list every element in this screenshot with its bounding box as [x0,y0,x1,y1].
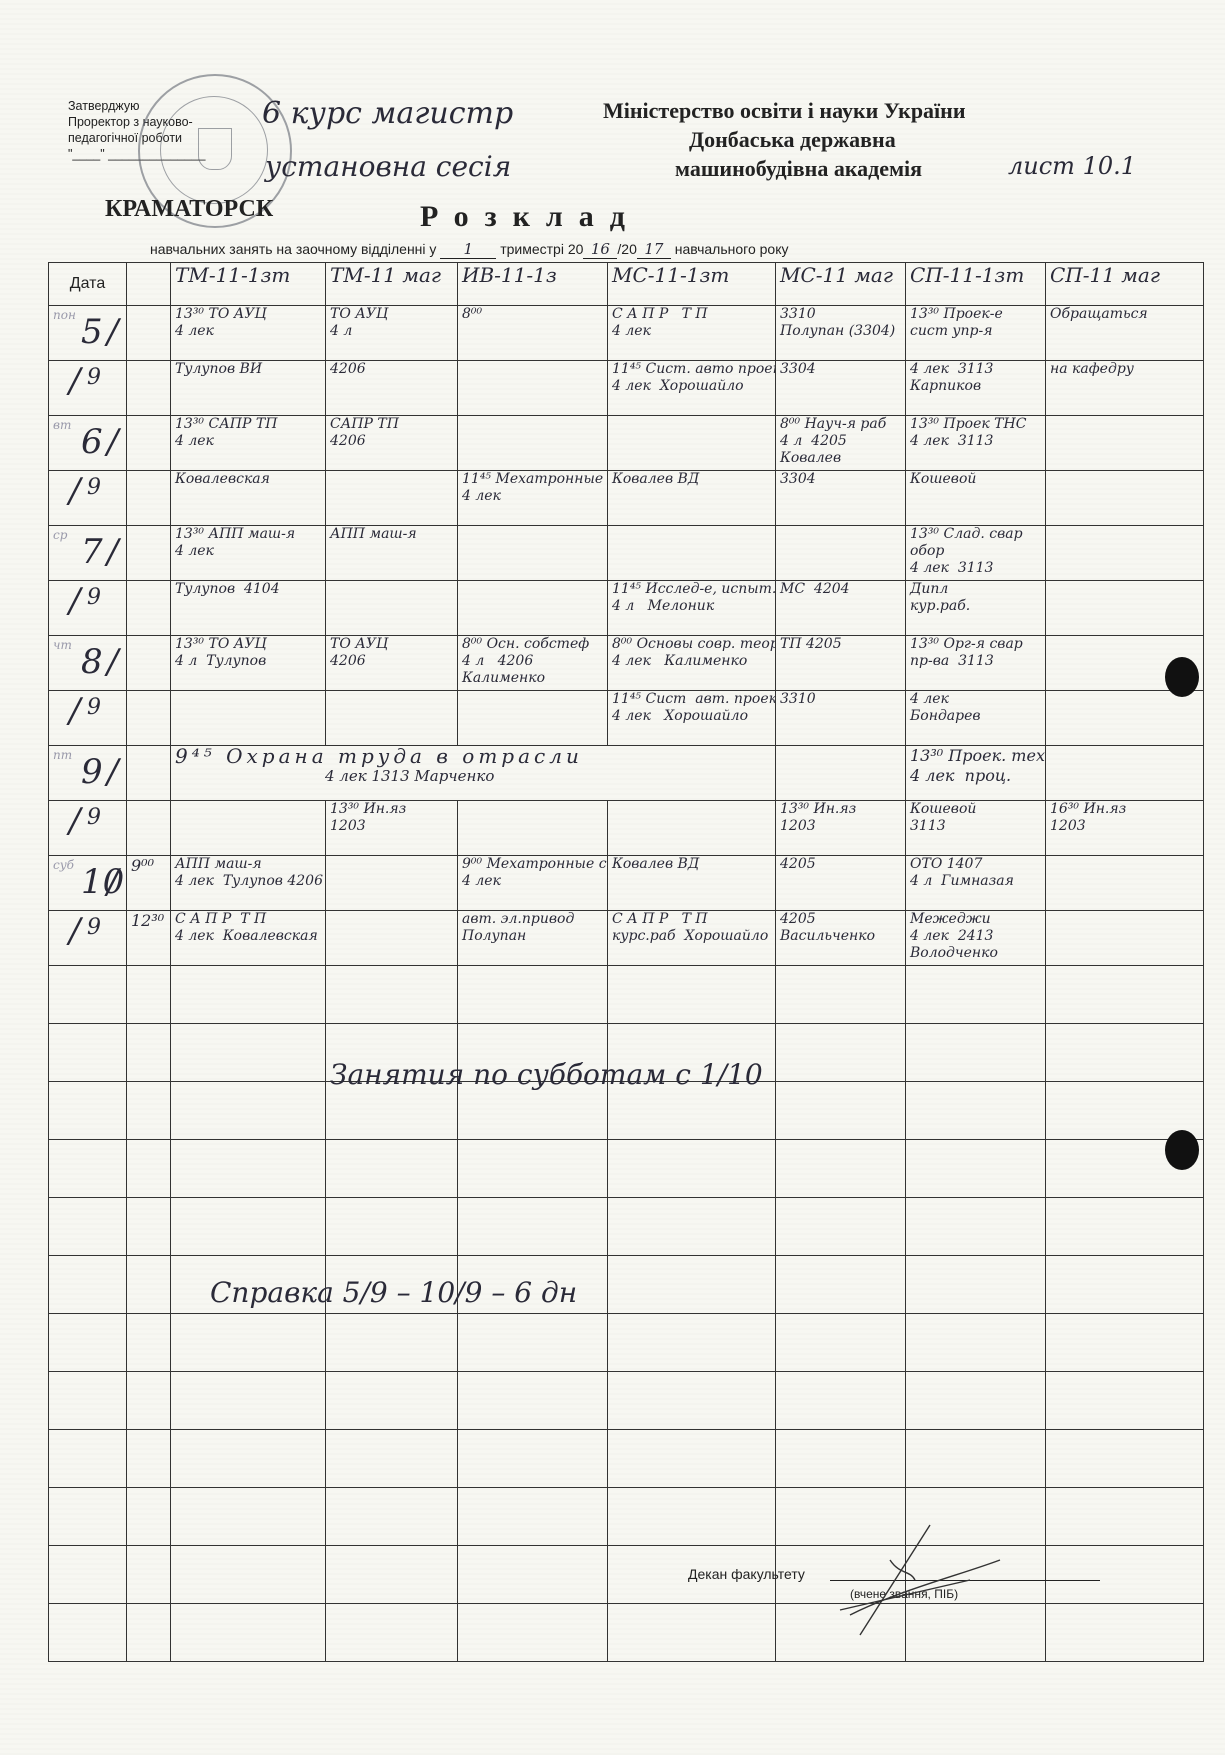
trimester-value: 1 [440,240,496,259]
date-cell: пон5/ [49,306,127,361]
empty-row [49,1372,1204,1430]
session-note: установна сесія [265,150,511,183]
table-row: пон5/13³⁰ ТО АУЦ 4 лекТО АУЦ 4 л8⁰⁰С А П… [49,306,1204,361]
class-cell: 13³⁰ САПР ТП 4 лек [171,416,326,471]
empty-cell [171,1198,326,1256]
class-cell: С А П Р Т П 4 лек Ковалевская 4206. [171,911,326,966]
date-slash: / [69,911,80,951]
time-cell [127,691,171,746]
group-header: МС-11-1зт [608,263,776,306]
class-cell: 3310 Полупан (3304) [776,306,906,361]
group-header: СП-11-1зт [906,263,1046,306]
class-cell: ТО АУЦ 4 л [326,306,458,361]
date-cell: /9 [49,801,127,856]
class-cell [326,581,458,636]
class-cell: 4206 [326,361,458,416]
empty-cell [49,1256,127,1314]
class-cell: авт. эл.привод Полупан [458,911,608,966]
empty-cell [171,1488,326,1546]
certificate-note: Справка 5/9 – 10/9 – 6 дн [210,1276,577,1309]
empty-cell [326,1604,458,1662]
time-cell [127,746,171,801]
class-cell: Тулупов ВИ [171,361,326,416]
academy-name-line1: Донбаська державна [689,127,896,153]
year-to: 17 [637,240,671,259]
saturday-note: Занятия по субботам с 1/10 [330,1058,763,1091]
class-cell [1046,856,1204,911]
empty-cell [776,1140,906,1198]
class-cell: ОТО 1407 4 л Гимназая [906,856,1046,911]
empty-cell [127,1256,171,1314]
empty-cell [127,1314,171,1372]
empty-cell [1046,1430,1204,1488]
year-sep: /20 [617,241,636,257]
empty-cell [49,966,127,1024]
class-cell: Дипл кур.раб. [906,581,1046,636]
class-cell [458,526,608,581]
empty-cell [49,1140,127,1198]
time-cell: 12³⁰ [127,911,171,966]
date-day: 7 [81,532,103,572]
class-cell [608,416,776,471]
class-cell: ТО АУЦ 4206 [326,636,458,691]
class-cell [1046,911,1204,966]
empty-cell [776,966,906,1024]
empty-cell [171,1314,326,1372]
class-cell [326,691,458,746]
date-slash: / [107,642,118,682]
time-cell [127,581,171,636]
date-slash: / [69,691,80,731]
empty-cell [49,1546,127,1604]
page-title: Розклад [420,200,641,234]
empty-cell [906,1082,1046,1140]
empty-cell [608,1372,776,1430]
class-cell: 13³⁰ Проек-е сист упр-я [906,306,1046,361]
signature-icon [820,1520,1020,1640]
empty-cell [49,1488,127,1546]
empty-cell [608,1430,776,1488]
header-row: Дата ТМ-11-1зт ТМ-11 маг ИВ-11-1з МС-11-… [49,263,1204,306]
empty-cell [608,1604,776,1662]
class-cell: 4205 Васильченко [776,911,906,966]
date-slash: / [107,422,118,462]
empty-cell [1046,1488,1204,1546]
empty-cell [49,1198,127,1256]
date-day: 8 [81,642,103,682]
empty-cell [608,1314,776,1372]
schedule-table: Дата ТМ-11-1зт ТМ-11 маг ИВ-11-1з МС-11-… [48,262,1204,1662]
date-cell: чт8/ [49,636,127,691]
class-cell: Кошевой [906,471,1046,526]
class-cell [776,746,906,801]
empty-cell [49,1024,127,1082]
table-row: пт9/9⁴⁵ Охрана труда в отрасли4 лек 1313… [49,746,1204,801]
empty-cell [776,1198,906,1256]
class-cell: 11⁴⁵ Сист авт. проектир-я 4 лек Хорошайл… [608,691,776,746]
group-header: СП-11 маг [1046,263,1204,306]
class-cell: ТП 4205 [776,636,906,691]
empty-cell [776,1256,906,1314]
empty-cell [127,1140,171,1198]
class-cell: 8⁰⁰ Науч-я раб 4 л 4205 Ковалев [776,416,906,471]
empty-cell [1046,1604,1204,1662]
empty-cell [127,1372,171,1430]
class-cell [1046,416,1204,471]
class-cell [458,581,608,636]
time-cell [127,526,171,581]
date-slash: / [107,862,118,902]
table-row: /9Тулупов 410411⁴⁵ Исслед-е, испыт. стан… [49,581,1204,636]
empty-cell [326,1140,458,1198]
class-cell: 4 лек Бондарев [906,691,1046,746]
weekday-abbr: пон [53,308,76,322]
date-cell: пт9/ [49,746,127,801]
empty-row [49,966,1204,1024]
empty-cell [171,966,326,1024]
date-month: 9 [87,365,101,390]
class-cell: 3310 [776,691,906,746]
class-cell: 8⁰⁰ Осн. собстеф 4 л 4206 Калименко [458,636,608,691]
group-header: МС-11 маг [776,263,906,306]
empty-row [49,1546,1204,1604]
class-cell: 3304 [776,471,906,526]
class-cell: 13³⁰ Слад. свар обор 4 лек 3113 [906,526,1046,581]
empty-cell [1046,1256,1204,1314]
empty-cell [458,1198,608,1256]
empty-cell [127,1430,171,1488]
subtitle-mid: триместрі 20 [500,241,583,257]
empty-cell [776,1314,906,1372]
binder-hole-icon [1165,1130,1199,1170]
empty-cell [1046,1314,1204,1372]
date-slash: / [69,361,80,401]
empty-cell [326,1314,458,1372]
empty-cell [608,1256,776,1314]
class-cell: Обращаться [1046,306,1204,361]
class-cell: АПП маш-я 4 лек Тулупов 4206 [171,856,326,911]
empty-cell [1046,1024,1204,1082]
class-cell: 13³⁰ Ин.яз 1203 [326,801,458,856]
class-cell: АПП маш-я [326,526,458,581]
empty-cell [49,1082,127,1140]
ministry-name: Міністерство освіти і науки України [603,98,966,124]
date-slash: / [107,752,118,792]
class-cell: 13³⁰ Проек. тех 4 лек проц. [906,746,1046,801]
class-cell: 11⁴⁵ Сист. авто проек-е 4 лек Хорошайло [608,361,776,416]
date-cell: вт6/ [49,416,127,471]
group-header: ТМ-11-1зт [171,263,326,306]
empty-cell [776,1430,906,1488]
empty-cell [458,1140,608,1198]
class-cell: 13³⁰ АПП маш-я 4 лек [171,526,326,581]
class-cell: Ковалев ВД [608,471,776,526]
class-cell [458,801,608,856]
empty-cell [608,1140,776,1198]
empty-row [49,1430,1204,1488]
class-cell: 8⁰⁰ Основы совр. теории 4 лек Калименко [608,636,776,691]
empty-row [49,1488,1204,1546]
empty-cell [776,1372,906,1430]
empty-cell [49,1604,127,1662]
weekday-abbr: вт [53,418,71,432]
binder-hole-icon [1165,657,1199,697]
empty-cell [458,1488,608,1546]
empty-cell [458,1430,608,1488]
class-cell [1046,471,1204,526]
empty-cell [326,1488,458,1546]
spanning-class-cell: 9⁴⁵ Охрана труда в отрасли4 лек 1313 Мар… [171,746,776,801]
weekday-abbr: ср [53,528,67,542]
class-title: 9⁴⁵ Охрана труда в отрасли [175,746,771,766]
class-cell: 9⁰⁰ Мехатронные сист. 4 лек [458,856,608,911]
empty-cell [906,1024,1046,1082]
empty-cell [326,1430,458,1488]
empty-row [49,1198,1204,1256]
class-cell: С А П Р Т П курс.раб Хорошайло [608,911,776,966]
date-cell: /9 [49,361,127,416]
date-header: Дата [49,263,127,306]
date-day: 9 [81,752,103,792]
class-cell [326,911,458,966]
class-cell: Тулупов 4104 [171,581,326,636]
empty-cell [171,1430,326,1488]
table-row: суб10/9⁰⁰АПП маш-я 4 лек Тулупов 42069⁰⁰… [49,856,1204,911]
date-cell: ср7/ [49,526,127,581]
class-cell: 4205 [776,856,906,911]
empty-cell [776,1082,906,1140]
date-day: 6 [81,422,103,462]
table-row: /913³⁰ Ин.яз 120313³⁰ Ин.яз 1203Кошевой … [49,801,1204,856]
academy-name-line2: машинобудівна академія [675,156,922,182]
time-cell [127,361,171,416]
subtitle: навчальних занять на заочному відділенні… [150,240,788,259]
date-month: 9 [87,805,101,830]
class-cell [171,691,326,746]
empty-cell [1046,966,1204,1024]
empty-cell [326,966,458,1024]
empty-cell [608,1198,776,1256]
class-cell: 4 лек 3113 Карпиков [906,361,1046,416]
class-cell: Кошевой 3113 [906,801,1046,856]
time-cell [127,801,171,856]
class-cell [326,471,458,526]
empty-row [49,1314,1204,1372]
group-header: ИВ-11-1з [458,263,608,306]
empty-cell [127,1604,171,1662]
table-row: /912³⁰С А П Р Т П 4 лек Ковалевская 4206… [49,911,1204,966]
date-day: 5 [81,312,103,352]
empty-cell [608,966,776,1024]
group-header: ТМ-11 маг [326,263,458,306]
empty-cell [906,1198,1046,1256]
date-cell: /9 [49,581,127,636]
class-cell [1046,691,1204,746]
class-cell: 3304 [776,361,906,416]
empty-cell [49,1314,127,1372]
empty-cell [906,1372,1046,1430]
empty-cell [127,1198,171,1256]
schedule-body: пон5/13³⁰ ТО АУЦ 4 лекТО АУЦ 4 л8⁰⁰С А П… [49,306,1204,1662]
sheet-number: лист 10.1 [1008,152,1136,180]
class-cell [458,361,608,416]
time-header [127,263,171,306]
empty-cell [171,1024,326,1082]
empty-cell [458,1372,608,1430]
class-details: 4 лек 1313 Марченко [175,766,771,786]
class-cell: 11⁴⁵ Исслед-е, испыт. станков 4 л Мелони… [608,581,776,636]
date-month: 9 [87,585,101,610]
empty-cell [326,1372,458,1430]
empty-cell [608,1488,776,1546]
table-row: /911⁴⁵ Сист авт. проектир-я 4 лек Хороша… [49,691,1204,746]
empty-cell [127,1024,171,1082]
date-cell: суб10/ [49,856,127,911]
weekday-abbr: суб [53,858,74,872]
class-cell: 13³⁰ ТО АУЦ 4 лек [171,306,326,361]
empty-cell [458,1314,608,1372]
date-slash: / [69,581,80,621]
class-cell: Межеджи 4 лек 2413 Володченко [906,911,1046,966]
empty-cell [906,1314,1046,1372]
empty-cell [127,966,171,1024]
class-cell: Ковалев ВД [608,856,776,911]
time-cell [127,416,171,471]
weekday-abbr: пт [53,748,72,762]
class-cell: МС 4204 [776,581,906,636]
year-from: 16 [583,240,617,259]
empty-cell [1046,1198,1204,1256]
empty-cell [326,1198,458,1256]
table-row: ср7/13³⁰ АПП маш-я 4 лекАПП маш-я13³⁰ Сл… [49,526,1204,581]
class-cell [326,856,458,911]
empty-cell [49,1372,127,1430]
empty-cell [458,966,608,1024]
empty-cell [906,1256,1046,1314]
time-cell [127,636,171,691]
class-cell: 11⁴⁵ Мехатронные сист. 4 лек [458,471,608,526]
empty-cell [49,1430,127,1488]
date-month: 9 [87,475,101,500]
class-cell [608,526,776,581]
class-cell [458,416,608,471]
empty-cell [326,1546,458,1604]
class-cell: 13³⁰ Проек ТНС 4 лек 3113 [906,416,1046,471]
class-cell: Ковалевская [171,471,326,526]
class-cell: 16³⁰ Ин.яз 1203 [1046,801,1204,856]
empty-cell [171,1372,326,1430]
class-cell: 13³⁰ ТО АУЦ 4 л Тулупов [171,636,326,691]
time-cell [127,306,171,361]
class-cell [1046,526,1204,581]
empty-cell [1046,1372,1204,1430]
subtitle-suffix: навчального року [675,241,789,257]
date-cell: /9 [49,911,127,966]
class-cell: 8⁰⁰ [458,306,608,361]
empty-cell [1046,1546,1204,1604]
class-cell [608,801,776,856]
empty-cell [906,966,1046,1024]
date-slash: / [107,312,118,352]
class-cell [776,526,906,581]
empty-cell [906,1430,1046,1488]
schedule-page: Затверджую Проректор з науково- педагогі… [0,0,1225,1755]
class-cell: на кафедру [1046,361,1204,416]
empty-cell [127,1488,171,1546]
empty-cell [906,1140,1046,1198]
table-row: /9Ковалевская11⁴⁵ Мехатронные сист. 4 ле… [49,471,1204,526]
class-cell: 13³⁰ Ин.яз 1203 [776,801,906,856]
empty-cell [171,1140,326,1198]
trident-crest-icon [198,128,232,170]
empty-cell [171,1546,326,1604]
date-cell: /9 [49,471,127,526]
table-row: чт8/13³⁰ ТО АУЦ 4 л ТулуповТО АУЦ 42068⁰… [49,636,1204,691]
class-cell [1046,581,1204,636]
class-cell: САПР ТП 4206 [326,416,458,471]
empty-cell [458,1604,608,1662]
city-name: КРАМАТОРСК [105,196,273,223]
date-slash: / [69,801,80,841]
date-month: 9 [87,915,101,940]
empty-cell [171,1604,326,1662]
time-cell: 9⁰⁰ [127,856,171,911]
class-cell: С А П Р Т П 4 лек [608,306,776,361]
subtitle-prefix: навчальних занять на заочному відділенні… [150,241,436,257]
table-row: /9Тулупов ВИ420611⁴⁵ Сист. авто проек-е … [49,361,1204,416]
empty-cell [127,1082,171,1140]
date-slash: / [107,532,118,572]
empty-cell [458,1546,608,1604]
dean-label: Декан факультету [688,1566,805,1582]
class-cell: 13³⁰ Орг-я свар пр-ва 3113 [906,636,1046,691]
course-note: 6 курс магистр [262,96,513,131]
class-cell [1046,746,1204,801]
empty-row [49,1140,1204,1198]
date-cell: /9 [49,691,127,746]
class-cell [171,801,326,856]
empty-row [49,1604,1204,1662]
table-row: вт6/13³⁰ САПР ТП 4 лекСАПР ТП 42068⁰⁰ На… [49,416,1204,471]
empty-cell [127,1546,171,1604]
date-month: 9 [87,695,101,720]
empty-cell [171,1082,326,1140]
date-slash: / [69,471,80,511]
weekday-abbr: чт [53,638,72,652]
class-cell [458,691,608,746]
time-cell [127,471,171,526]
empty-cell [776,1024,906,1082]
